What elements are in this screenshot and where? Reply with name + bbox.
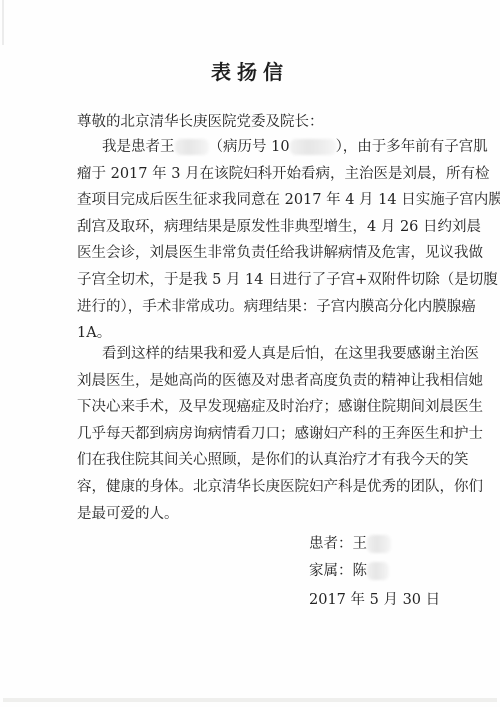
paragraph-1-line-4: 刮宫及取环，病理结果是原发性非典型增生，4 月 26 日约刘晨	[77, 214, 429, 241]
letter-title: 表扬信	[0, 56, 500, 85]
paragraph-2-line-5: 们在我住院其间关心照顾，是你们的认真治疗才有我今天的笑	[77, 447, 429, 474]
scan-edge-bottom	[3, 698, 497, 702]
paragraph-1-line-1: 我是患者王（病历号 10），由于多年前有子宫肌	[77, 134, 429, 161]
signature-date: 2017 年 5 月 30 日	[309, 588, 440, 609]
salutation: 尊敬的北京清华长庚医院党委及院长：	[77, 110, 324, 131]
redacted-patient-name	[175, 139, 209, 155]
paragraph-2: 看到这样的结果我和爱人真是后怕，在这里我要感谢主治医 刘晨医生，是她高尚的医德及…	[77, 341, 429, 527]
paragraph-2-line-3: 下决心来手术，及早发现癌症及时治疗；感谢住院期间刘晨医生	[77, 394, 429, 421]
patient-label: 患者：王	[309, 536, 367, 552]
paragraph-2-line-2: 刘晨医生，是她高尚的医德及对患者高度负责的精神让我相信她	[77, 368, 429, 395]
text-segment: 我是患者王	[102, 139, 175, 155]
paragraph-1-line-2: 瘤于 2017 年 3 月在该院妇科开始看病，主治医是刘晨，所有检	[77, 161, 429, 188]
redacted-signature-family-name	[367, 562, 389, 580]
paragraph-2-line-1: 看到这样的结果我和爱人真是后怕，在这里我要感谢主治医	[77, 341, 429, 368]
paragraph-2-line-4: 几乎每天都到病房询病情看刀口；感谢妇产科的王奔医生和护士	[77, 421, 429, 448]
text-segment: （病历号 10	[209, 139, 290, 155]
signature-family: 家属：陈	[309, 559, 389, 580]
redacted-signature-patient-name	[367, 535, 391, 553]
family-label: 家属：陈	[309, 563, 367, 579]
letter-page: 表扬信 尊敬的北京清华长庚医院党委及院长： 我是患者王（病历号 10），由于多年…	[0, 0, 500, 707]
redacted-record-number	[290, 139, 336, 155]
scan-edge-left	[2, 0, 4, 45]
paragraph-2-line-6: 容，健康的身体。北京清华长庚医院妇产科是优秀的团队，你们	[77, 474, 429, 501]
paragraph-1-line-3: 查项目完成后医生征求我同意在 2017 年 4 月 14 日实施子宫内膜	[77, 187, 429, 214]
paragraph-1-line-5: 医生会诊，刘晨医生非常负责任给我讲解病情及危害，见议我做	[77, 240, 429, 267]
signature-patient: 患者：王	[309, 532, 391, 553]
text-segment: ），由于多年前有子宫肌	[336, 139, 488, 155]
paragraph-2-line-7: 是最可爱的人。	[77, 501, 429, 528]
paragraph-1: 我是患者王（病历号 10），由于多年前有子宫肌 瘤于 2017 年 3 月在该院…	[77, 134, 429, 347]
paragraph-1-line-7: 进行的），手术非常成功。病理结果：子宫内膜高分化内膜腺癌	[77, 294, 429, 321]
paragraph-1-line-6: 子宫全切术，于是我 5 月 14 日进行了子宫+双附件切除（是切腹	[77, 267, 429, 294]
